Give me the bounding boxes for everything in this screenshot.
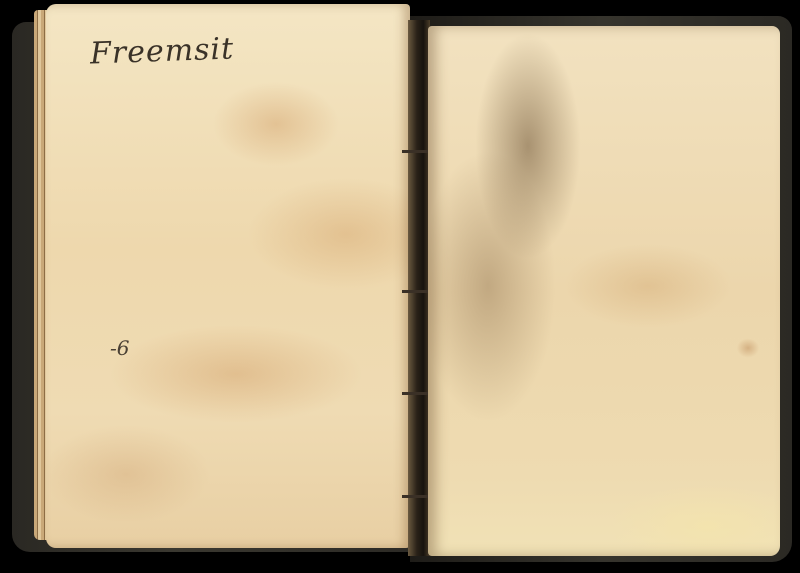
book-spine-gutter	[408, 20, 430, 556]
left-page	[46, 4, 410, 548]
open-book: Freemsit -6	[0, 0, 800, 573]
handwritten-mark: -6	[110, 336, 129, 360]
right-page	[428, 26, 780, 556]
handwritten-title: Freemsit	[89, 31, 234, 71]
